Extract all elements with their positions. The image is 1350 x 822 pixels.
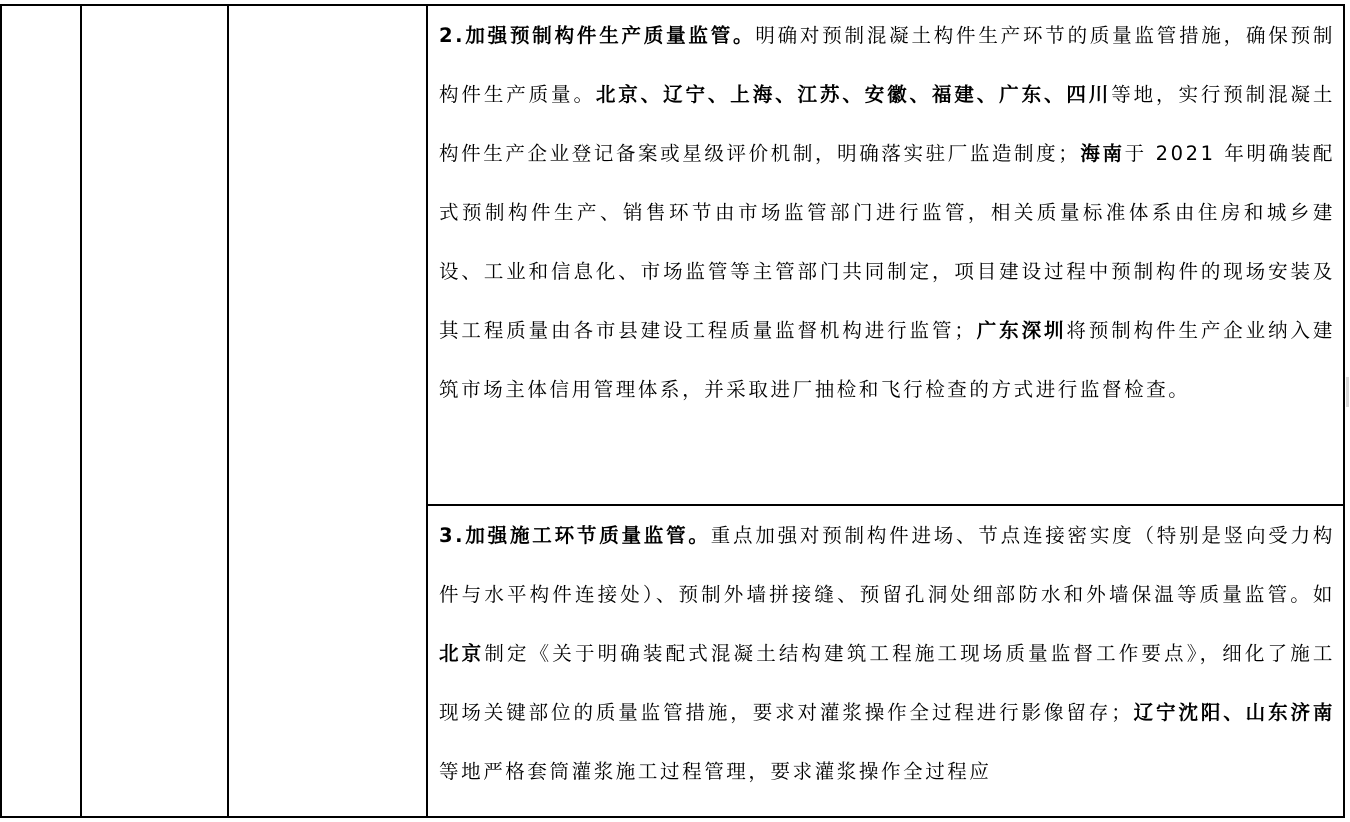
table-cell-precast-production-supervision: 2.加强预制构件生产质量监管。明确对预制混凝土构件生产环节的质量监管措施，确保预… — [439, 6, 1335, 419]
table-bottom-border — [0, 816, 1345, 818]
document-page: 2.加强预制构件生产质量监管。明确对预制混凝土构件生产环节的质量监管措施，确保预… — [0, 0, 1350, 822]
highlight-regions: 北京、辽宁、上海、江苏、安徽、福建、广东、四川 — [596, 83, 1111, 106]
table-cell-construction-quality-supervision: 3.加强施工环节质量监管。重点加强对预制构件进场、节点连接密实度（特别是竖向受力… — [439, 506, 1335, 801]
column-divider-3 — [426, 4, 428, 818]
highlight-region: 广东深圳 — [976, 319, 1066, 342]
highlight-region: 海南 — [1080, 142, 1124, 165]
table-cell-empty-col2 — [82, 6, 227, 816]
table-cell-empty-col1 — [2, 6, 80, 816]
section-heading: 3.加强施工环节质量监管。 — [439, 524, 711, 547]
table-cell-empty-col3 — [229, 6, 426, 816]
highlight-regions: 辽宁沈阳、山东济南 — [1133, 701, 1335, 724]
scrollbar-marker[interactable] — [1346, 377, 1349, 407]
body-text: 于 2021 年明确装配式预制构件生产、销售环节由市场监管部门进行监管，相关质量… — [439, 142, 1335, 342]
highlight-region: 北京 — [439, 642, 484, 665]
section-heading: 2.加强预制构件生产质量监管。 — [439, 24, 755, 47]
body-text: 等地严格套筒灌浆施工过程管理，要求灌浆操作全过程应 — [439, 760, 992, 783]
table-right-border — [1343, 4, 1345, 818]
